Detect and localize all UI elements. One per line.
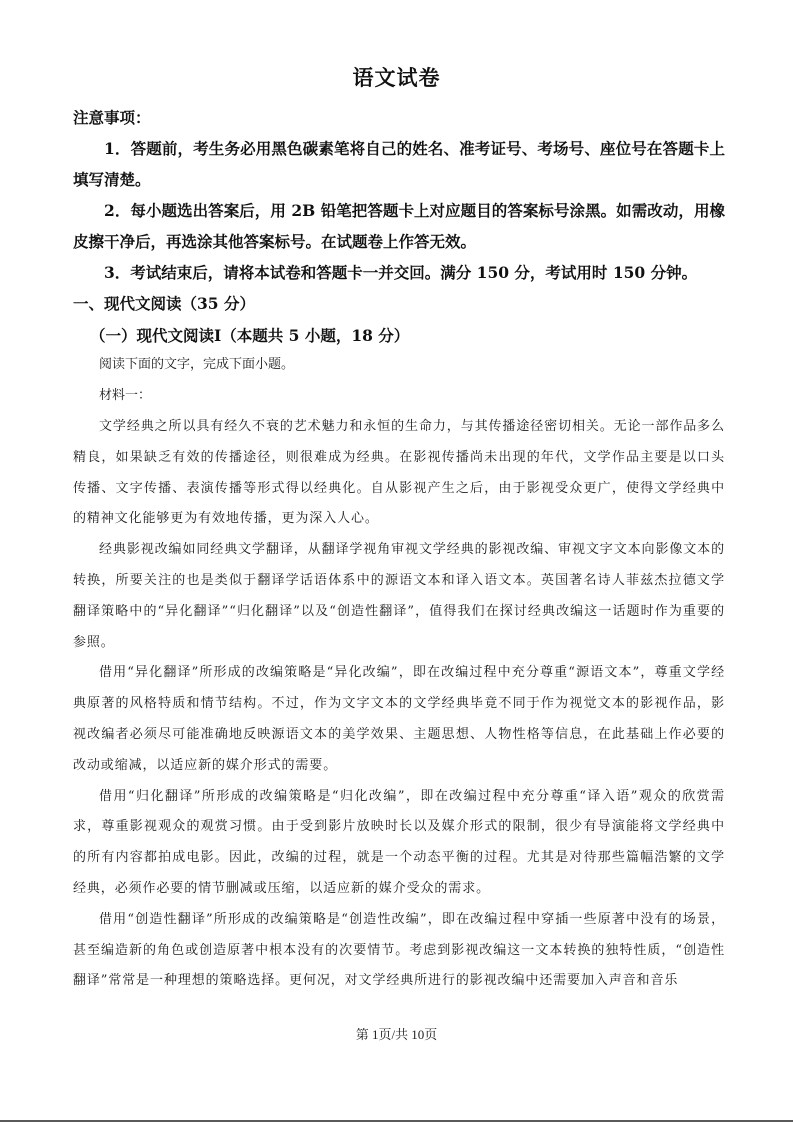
passage-paragraph: 经典影视改编如同经典文学翻译，从翻译学视角审视文学经典的影视改编、审视文字文本向… <box>73 535 725 658</box>
passage-paragraph: 借用“归化翻译”所形成的改编策略是“归化改编”，即在改编过程中充分尊重“译入语”… <box>73 782 725 905</box>
section-subheading: （一）现代文阅读Ⅰ（本题共 5 小题，18 分） <box>90 320 409 351</box>
notice-list: 1．答题前，考生务必用黑色碳素笔将自己的姓名、准考证号、考场号、座位号在答题卡上… <box>73 133 725 288</box>
notice-item: 3．考试结束后，请将本试卷和答题卡一并交回。满分 150 分，考试用时 150 … <box>73 257 725 288</box>
passage-paragraph: 文学经典之所以具有经久不衰的艺术魅力和永恒的生命力，与其传播途径密切相关。无论一… <box>73 412 725 535</box>
section-heading: 一、现代文阅读（35 分） <box>73 288 255 319</box>
notice-item: 1．答题前，考生务必用黑色碳素笔将自己的姓名、准考证号、考场号、座位号在答题卡上… <box>73 133 725 195</box>
material-label: 材料一： <box>73 381 751 412</box>
passage-paragraph: 借用“创造性翻译”所形成的改编策略是“创造性改编”，即在改编过程中穿插一些原著中… <box>73 905 725 997</box>
passage-body: 文学经典之所以具有经久不衰的艺术魅力和永恒的生命力，与其传播途径密切相关。无论一… <box>73 412 725 997</box>
reading-instruction: 阅读下面的文字，完成下面小题。 <box>73 350 751 381</box>
exam-page: 语文试卷 注意事项： 1．答题前，考生务必用黑色碳素笔将自己的姓名、准考证号、考… <box>0 0 793 1122</box>
notice-heading: 注意事项： <box>73 102 725 133</box>
passage-paragraph: 借用“异化翻译”所形成的改编策略是“异化改编”，即在改编过程中充分尊重“源语文本… <box>73 658 725 781</box>
page-title: 语文试卷 <box>0 62 793 92</box>
notice-item: 2．每小题选出答案后，用 2B 铅笔把答题卡上对应题目的答案标号涂黑。如需改动，… <box>73 195 725 257</box>
page-number: 第 1页/共 10页 <box>0 1024 793 1043</box>
